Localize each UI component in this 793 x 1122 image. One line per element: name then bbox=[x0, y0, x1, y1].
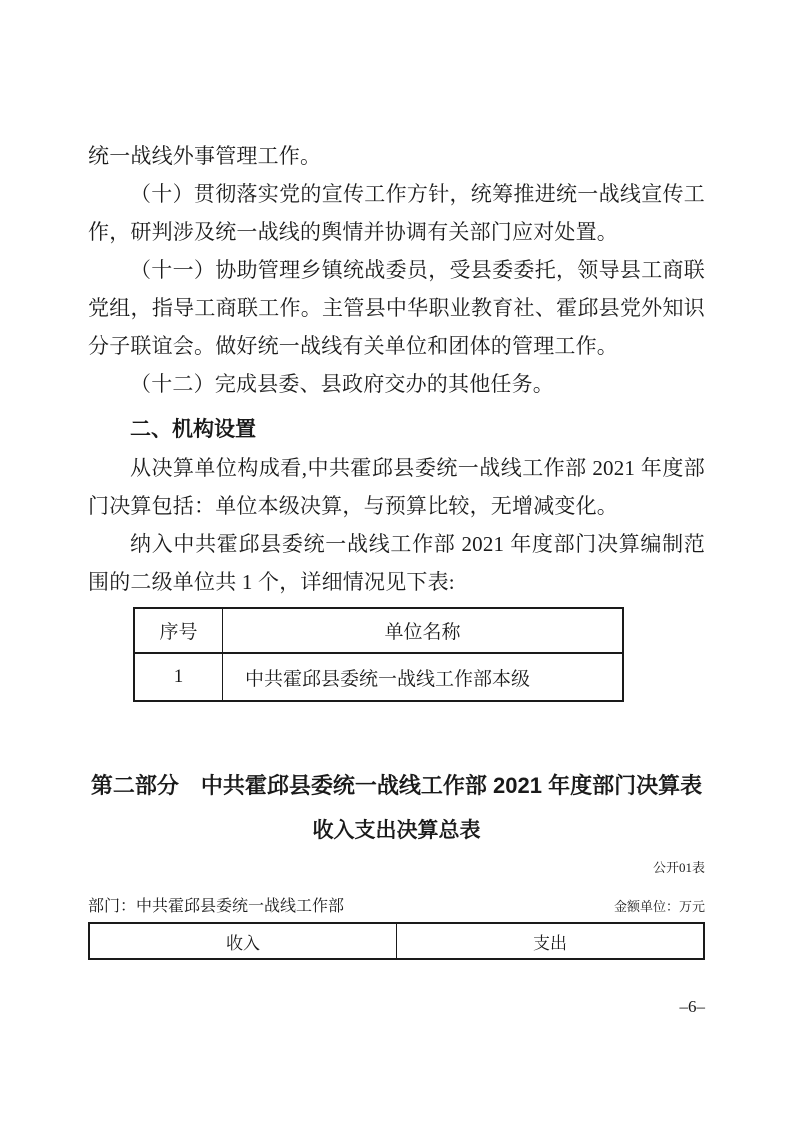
income-header-cell: 收入 bbox=[89, 923, 397, 959]
department-label: 部门：中共霍邱县委统一战线工作部 bbox=[88, 896, 344, 918]
paragraph-item-10: （十）贯彻落实党的宣传工作方针，统筹推进统一战线宣传工作，研判涉及统一战线的舆情… bbox=[88, 175, 705, 251]
units-table-header-name: 单位名称 bbox=[223, 608, 624, 653]
expense-header-cell: 支出 bbox=[397, 923, 705, 959]
paragraph-continuation: 统一战线外事管理工作。 bbox=[88, 137, 705, 175]
table-caption-row: 部门：中共霍邱县委统一战线工作部 金额单位：万元 bbox=[88, 896, 705, 918]
units-table-cell-index: 1 bbox=[134, 653, 223, 701]
table-code-label: 公开01表 bbox=[88, 860, 705, 876]
units-table: 序号 单位名称 1 中共霍邱县委统一战线工作部本级 bbox=[133, 607, 624, 702]
part2-title: 第二部分 中共霍邱县委统一战线工作部 2021 年度部门决算表 bbox=[88, 766, 705, 806]
income-expense-table: 收入 支出 bbox=[88, 922, 705, 960]
section-heading-organization: 二、机构设置 bbox=[88, 411, 705, 449]
paragraph-budget-units: 从决算单位构成看,中共霍邱县委统一战线工作部 2021 年度部门决算包括：单位本… bbox=[88, 449, 705, 525]
paragraph-secondary-units: 纳入中共霍邱县委统一战线工作部 2021 年度部门决算编制范围的二级单位共 1 … bbox=[88, 525, 705, 601]
paragraph-item-11: （十一）协助管理乡镇统战委员，受县委委托，领导县工商联党组，指导工商联工作。主管… bbox=[88, 251, 705, 365]
page-number: –6– bbox=[88, 998, 705, 1016]
part2-subtitle: 收入支出决算总表 bbox=[88, 812, 705, 850]
units-table-header-row: 序号 单位名称 bbox=[134, 608, 623, 653]
document-page: 统一战线外事管理工作。 （十）贯彻落实党的宣传工作方针，统筹推进统一战线宣传工作… bbox=[0, 0, 793, 1122]
income-expense-header-row: 收入 支出 bbox=[89, 923, 704, 959]
paragraph-item-12: （十二）完成县委、县政府交办的其他任务。 bbox=[88, 365, 705, 403]
units-table-cell-name: 中共霍邱县委统一战线工作部本级 bbox=[223, 653, 624, 701]
units-table-header-index: 序号 bbox=[134, 608, 223, 653]
table-row: 1 中共霍邱县委统一战线工作部本级 bbox=[134, 653, 623, 701]
amount-unit-label: 金额单位：万元 bbox=[614, 896, 705, 918]
